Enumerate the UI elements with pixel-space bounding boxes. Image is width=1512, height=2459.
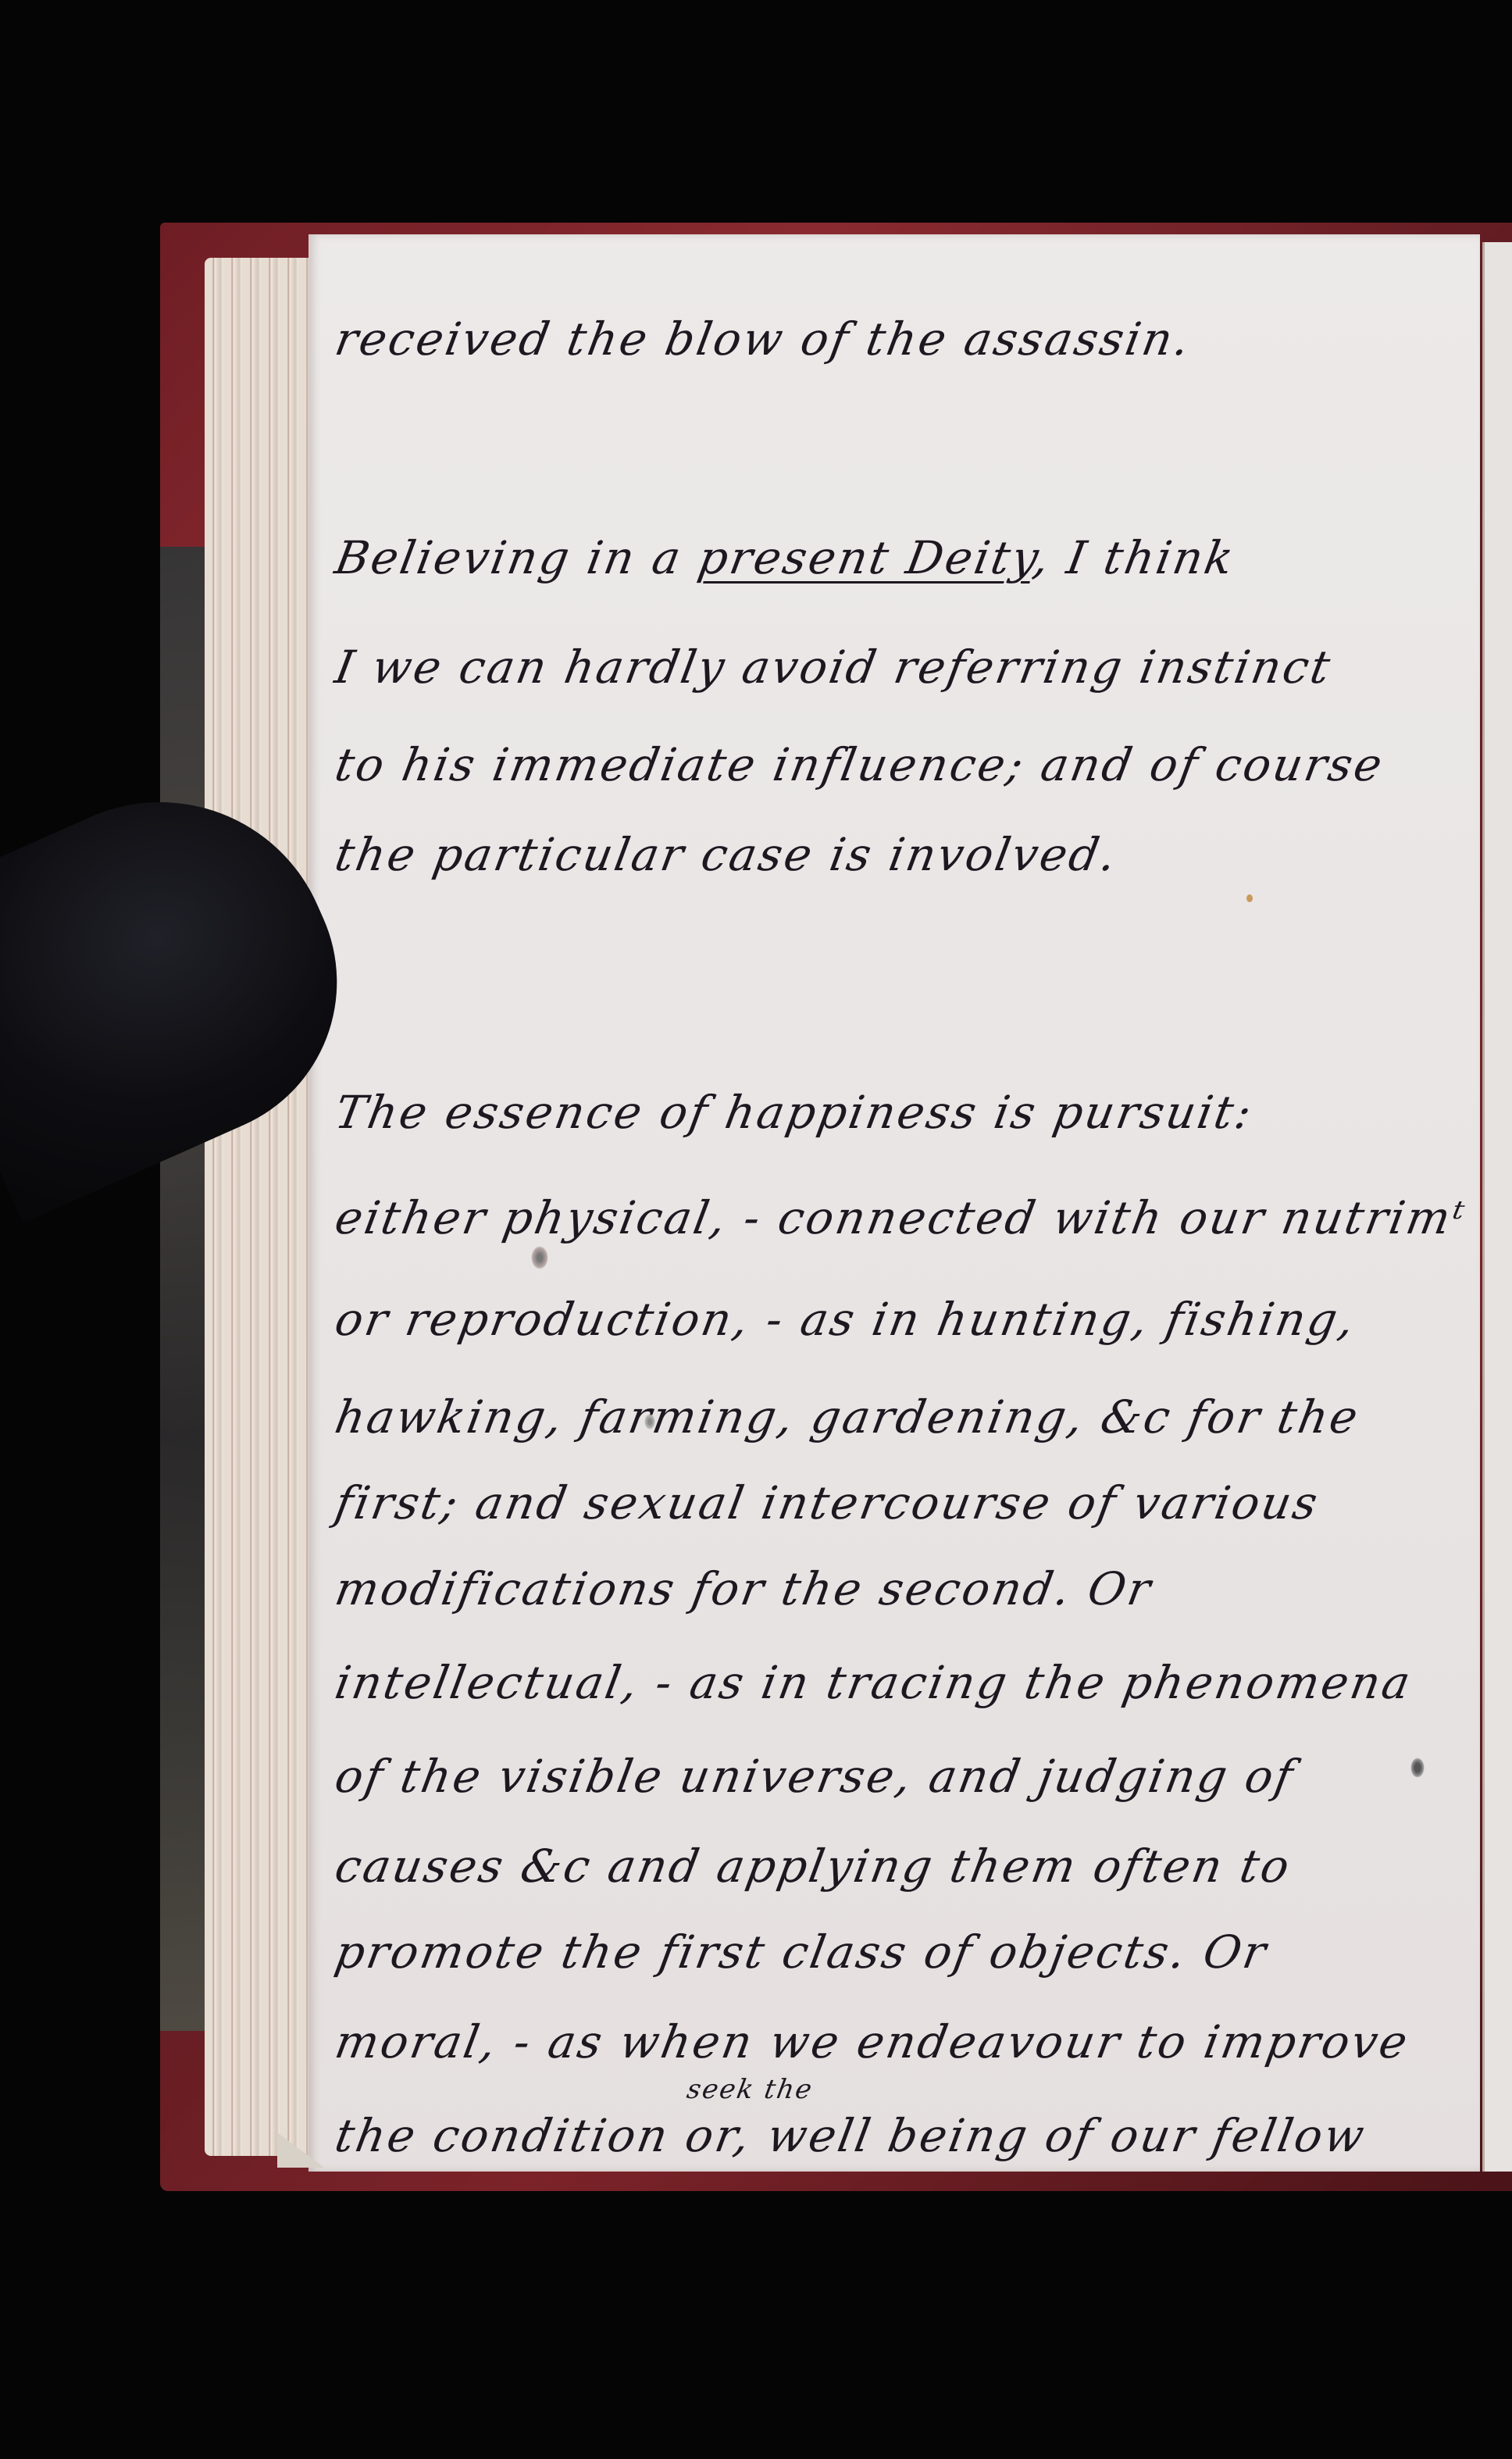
insertion-seek-the: seek the <box>684 2074 815 2105</box>
page-edges-stack <box>205 258 314 2156</box>
line-causes: causes &c and applying them often to <box>331 1840 1296 1893</box>
line-believing: Believing in a present Deity, I think <box>331 531 1239 584</box>
line-first-and: first; and sexual intercourse of various <box>331 1476 1324 1529</box>
facing-page-edge <box>1482 242 1512 2172</box>
line-promote: promote the first class of objects. Or <box>331 1925 1272 1979</box>
foxing-spot <box>1246 894 1253 902</box>
line-to-his-immediate: to his immediate influence; and of cours… <box>331 738 1389 791</box>
line-the-particular: the particular case is involved. <box>331 828 1122 881</box>
line-hawking-farming: hawking, farming, gardening, &c for the <box>331 1390 1364 1444</box>
line-or-reproduction: or reproduction, - as in hunting, fishin… <box>331 1293 1360 1346</box>
line-we-can-hardly: I we can hardly avoid referring instinct <box>331 641 1336 694</box>
line-either-physical: either physical, - connected with our nu… <box>331 1191 1471 1244</box>
ink-spot <box>531 1246 548 1269</box>
text-believing-prefix: Believing in a <box>331 531 704 584</box>
underlined-present-deity: present Deity <box>694 531 1039 584</box>
ink-spot <box>1410 1758 1425 1778</box>
line-essence-of-happiness: The essence of happiness is pursuit: <box>331 1086 1257 1139</box>
line-modifications: modifications for the second. Or <box>331 1562 1157 1615</box>
text-i-think: , I think <box>1029 531 1239 584</box>
marbled-cover-edge <box>160 547 207 2031</box>
line-moral: moral, - as when we endeavour to improve <box>331 2015 1414 2068</box>
line-of-the-visible: of the visible universe, and judging of <box>331 1750 1299 1803</box>
line-intellectual: intellectual, - as in tracing the phenom… <box>331 1656 1417 1709</box>
line-the-condition: the condition or, well being of our fell… <box>331 2109 1371 2162</box>
line-received-blow: received the blow of the assassin. <box>331 312 1196 366</box>
